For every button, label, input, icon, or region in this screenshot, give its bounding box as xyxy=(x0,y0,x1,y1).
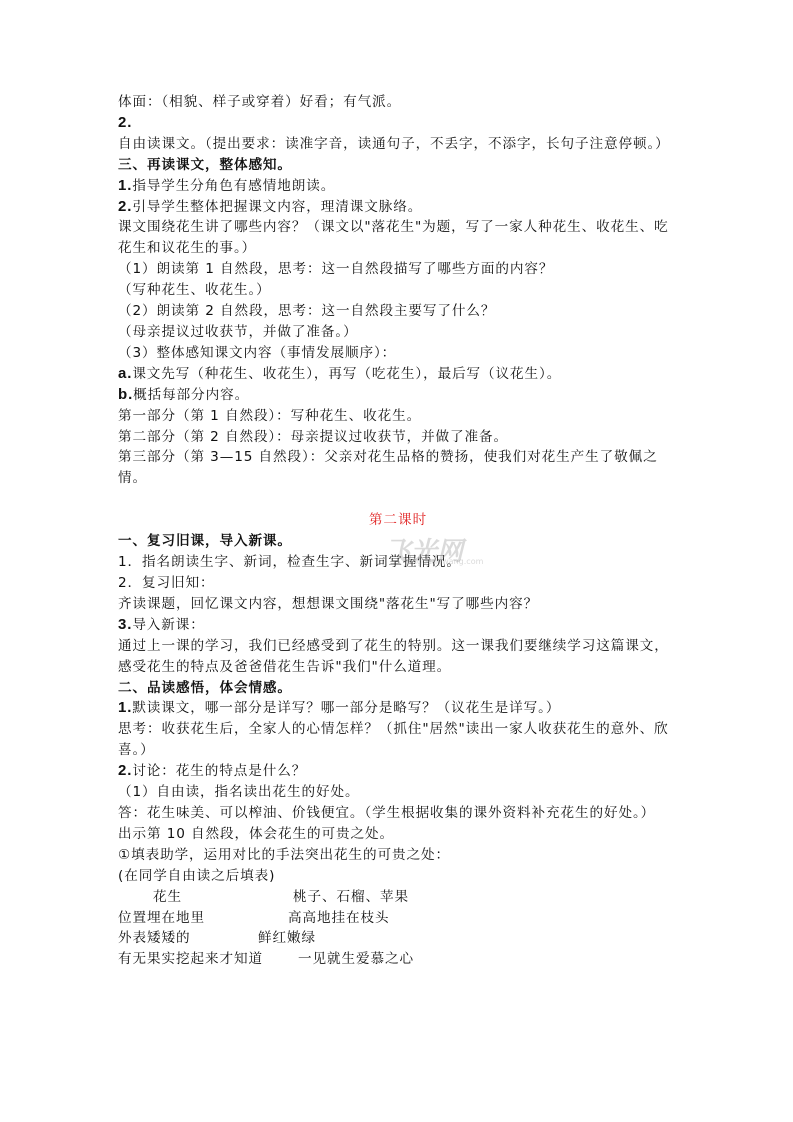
line-text: 2．复习旧知： xyxy=(118,575,215,591)
text-line: 体面：（相貌、样子或穿着）好看；有气派。 xyxy=(118,92,678,113)
list-number: 3. xyxy=(118,616,132,633)
line-text: 第一部分（第 1 自然段）：写种花生、收花生。 xyxy=(118,408,421,424)
line-text: 一、复习旧课，导入新课。 xyxy=(118,533,292,549)
line-text: 默读课文，哪一部分是详写？哪一部分是略写？（议花生是详写。） xyxy=(132,700,560,716)
text-line: （3）整体感知课文内容（事情发展顺序）： xyxy=(118,343,678,364)
line-text: 三、再读课文，整体感知。 xyxy=(118,157,292,173)
line-text: （母亲提议过收获节，并做了准备。） xyxy=(118,324,358,340)
table-cell: 一见就生爱慕之心 xyxy=(298,949,414,970)
text-line: （2）朗读第 2 自然段，思考：这一自然段主要写了什么？ xyxy=(118,301,678,322)
line-text: (在同学自由读之后填表) xyxy=(118,868,275,884)
table-header: 花生桃子、石榴、苹果 xyxy=(118,887,678,908)
list-number: 2. xyxy=(118,114,132,131)
list-number: 1. xyxy=(118,177,132,194)
text-line: 通过上一课的学习，我们已经感受到了花生的特别。这一课我们要继续学习这篇课文，感受… xyxy=(118,636,678,678)
line-text: ①填表助学，运用对比的手法突出花生的可贵之处： xyxy=(118,847,450,863)
line-text: 指导学生分角色有感情地朗读。 xyxy=(132,178,335,194)
list-number: 2. xyxy=(118,198,132,215)
line-text: 概括每部分内容。 xyxy=(133,387,249,403)
text-line: 出示第 10 自然段，体会花生的可贵之处。 xyxy=(118,824,678,845)
text-line: 课文围绕花生讲了哪些内容？（课文以"落花生"为题，写了一家人种花生、收花生、吃花… xyxy=(118,217,678,259)
text-line: 2.自由读课文。（提出要求：读准字音，读通句子，不丢字，不添字，长句子注意停顿。… xyxy=(118,113,678,155)
text-line: b.概括每部分内容。 xyxy=(118,385,678,406)
table-cell: 桃子、石榴、苹果 xyxy=(293,887,409,908)
section-gap xyxy=(118,489,678,509)
text-line: 1.指导学生分角色有感情地朗读。 xyxy=(118,176,678,197)
section-heading: 二、品读感悟，体会情感。 xyxy=(118,678,678,699)
line-text: 导入新课： xyxy=(132,617,204,633)
line-text: 第二部分（第 2 自然段）：母亲提议过收获节，并做了准备。 xyxy=(118,429,508,445)
text-line: 第三部分（第 3—15 自然段）：父亲对花生品格的赞扬，使我们对花生产生了敬佩之… xyxy=(118,447,678,489)
line-text: 答：花生味美、可以榨油、价钱便宜。（学生根据收集的课外资料补充花生的好处。） xyxy=(118,805,655,821)
line-text: 课文先写（种花生、收花生），再写（吃花生），最后写（议花生）。 xyxy=(132,366,561,382)
lesson2-section: 一、复习旧课，导入新课。1．指名朗读生字、新词，检查生字、新词掌握情况。2．复习… xyxy=(118,531,678,886)
text-line: a.课文先写（种花生、收花生），再写（吃花生），最后写（议花生）。 xyxy=(118,364,678,385)
text-line: 第二部分（第 2 自然段）：母亲提议过收获节，并做了准备。 xyxy=(118,427,678,448)
line-text: 自由读课文。（提出要求：读准字音，读通句子，不丢字，不添字，长句子注意停顿。） xyxy=(118,136,670,152)
text-line: 1.默读课文，哪一部分是详写？哪一部分是略写？（议花生是详写。） xyxy=(118,698,678,719)
text-line: 3.导入新课： xyxy=(118,615,678,636)
text-line: （1）朗读第 1 自然段，思考：这一自然段描写了哪些方面的内容？ xyxy=(118,259,678,280)
text-line: 第一部分（第 1 自然段）：写种花生、收花生。 xyxy=(118,406,678,427)
table-cell: 有无果实挖起来才知道 xyxy=(118,949,298,970)
section-heading: 一、复习旧课，导入新课。 xyxy=(118,531,678,552)
line-text: （1）朗读第 1 自然段，思考：这一自然段描写了哪些方面的内容？ xyxy=(118,261,553,277)
line-text: 1．指名朗读生字、新词，检查生字、新词掌握情况。 xyxy=(118,554,461,570)
line-text: 齐读课题，回忆课文内容，想想课文围绕"落花生"写了哪些内容？ xyxy=(118,596,538,612)
list-number: 1. xyxy=(118,699,132,716)
table-cell: 花生 xyxy=(118,887,293,908)
text-line: ①填表助学，运用对比的手法突出花生的可贵之处： xyxy=(118,845,678,866)
lesson1-section: 体面：（相貌、样子或穿着）好看；有气派。2.自由读课文。（提出要求：读准字音，读… xyxy=(118,92,678,489)
line-text: 体面：（相貌、样子或穿着）好看；有气派。 xyxy=(118,94,401,110)
line-text: 出示第 10 自然段，体会花生的可贵之处。 xyxy=(118,826,394,842)
lesson2-title: 第二课时 xyxy=(118,509,678,531)
list-number: a. xyxy=(118,365,132,382)
line-text: 二、品读感悟，体会情感。 xyxy=(118,680,292,696)
table-row: 位置埋在地里高高地挂在枝头 xyxy=(118,908,678,929)
line-text: （1）自由读，指名读出花生的好处。 xyxy=(118,784,359,800)
text-line: （母亲提议过收获节，并做了准备。） xyxy=(118,322,678,343)
line-text: 第三部分（第 3—15 自然段）：父亲对花生品格的赞扬，使我们对花生产生了敬佩之… xyxy=(118,449,658,486)
list-number: 2. xyxy=(118,762,132,779)
comparison-table: 花生桃子、石榴、苹果位置埋在地里高高地挂在枝头外表矮矮的鲜红嫩绿有无果实挖起来才… xyxy=(118,887,678,971)
table-cell: 外表矮矮的 xyxy=(118,928,258,949)
text-line: 2.讨论：花生的特点是什么？ xyxy=(118,761,678,782)
line-text: 思考：收获花生后，全家人的心情怎样？（抓住"居然"读出一家人收获花生的意外、欣喜… xyxy=(118,721,669,758)
table-cell: 高高地挂在枝头 xyxy=(288,908,389,929)
line-text: 通过上一课的学习，我们已经感受到了花生的特别。这一课我们要继续学习这篇课文，感受… xyxy=(118,638,669,675)
list-number: b. xyxy=(118,386,133,403)
text-line: 2.引导学生整体把握课文内容，理清课文脉络。 xyxy=(118,197,678,218)
line-text: （3）整体感知课文内容（事情发展顺序）： xyxy=(118,345,396,361)
text-line: 齐读课题，回忆课文内容，想想课文围绕"落花生"写了哪些内容？ xyxy=(118,594,678,615)
line-text: （2）朗读第 2 自然段，思考：这一自然段主要写了什么？ xyxy=(118,303,495,319)
section-heading: 三、再读课文，整体感知。 xyxy=(118,155,678,176)
text-line: (在同学自由读之后填表) xyxy=(118,866,678,887)
text-line: 2．复习旧知： xyxy=(118,573,678,594)
text-line: 答：花生味美、可以榨油、价钱便宜。（学生根据收集的课外资料补充花生的好处。） xyxy=(118,803,678,824)
line-text: 讨论：花生的特点是什么？ xyxy=(132,763,306,779)
text-line: （写种花生、收花生。） xyxy=(118,280,678,301)
document-page: 体面：（相貌、样子或穿着）好看；有气派。2.自由读课文。（提出要求：读准字音，读… xyxy=(118,92,678,970)
table-cell: 位置埋在地里 xyxy=(118,908,288,929)
line-text: 引导学生整体把握课文内容，理清课文脉络。 xyxy=(132,199,422,215)
text-line: （1）自由读，指名读出花生的好处。 xyxy=(118,782,678,803)
table-row: 外表矮矮的鲜红嫩绿 xyxy=(118,928,678,949)
text-line: 1．指名朗读生字、新词，检查生字、新词掌握情况。 xyxy=(118,552,678,573)
table-cell: 鲜红嫩绿 xyxy=(258,928,316,949)
text-line: 思考：收获花生后，全家人的心情怎样？（抓住"居然"读出一家人收获花生的意外、欣喜… xyxy=(118,719,678,761)
line-text: （写种花生、收花生。） xyxy=(118,282,271,298)
table-row: 有无果实挖起来才知道一见就生爱慕之心 xyxy=(118,949,678,970)
line-text: 课文围绕花生讲了哪些内容？（课文以"落花生"为题，写了一家人种花生、收花生、吃花… xyxy=(118,219,669,256)
